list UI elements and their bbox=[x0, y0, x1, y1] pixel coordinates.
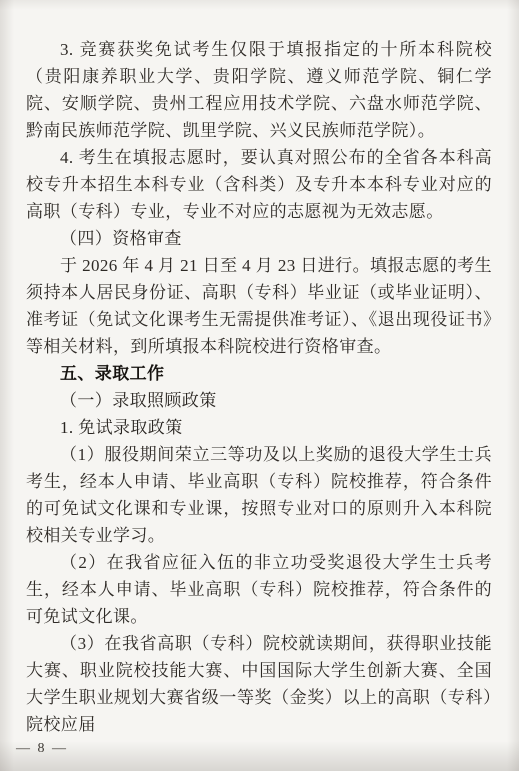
page-number: — 8 — bbox=[16, 741, 68, 757]
subheading-exemption-policy: 1. 免试录取政策 bbox=[26, 414, 492, 441]
paragraph-competition-exemption: 3. 竞赛获奖免试考生仅限于填报指定的十所本科院校（贵阳康养职业大学、贵阳学院、… bbox=[26, 36, 492, 144]
paragraph-skill-competition: （3）在我省高职（专科）院校就读期间，获得职业技能大赛、职业院校技能大赛、中国国… bbox=[26, 630, 492, 738]
paragraph-non-merit-soldiers: （2）在我省应征入伍的非立功受奖退役大学生士兵考生，经本人申请、毕业高职（专科）… bbox=[26, 549, 492, 630]
paragraph-merit-soldiers: （1）服役期间荣立三等功及以上奖励的退役大学生士兵考生，经本人申请、毕业高职（专… bbox=[26, 441, 492, 549]
subheading-admission-policy: （一）录取照顾政策 bbox=[26, 387, 492, 414]
subheading-qualification-review: （四）资格审查 bbox=[26, 225, 492, 252]
paragraph-application-matching: 4. 考生在填报志愿时，要认真对照公布的全省各本科高校专升本招生本科专业（含科类… bbox=[26, 144, 492, 225]
section-heading-admission-work: 五、录取工作 bbox=[26, 360, 492, 387]
document-page: 3. 竞赛获奖免试考生仅限于填报指定的十所本科院校（贵阳康养职业大学、贵阳学院、… bbox=[0, 0, 519, 771]
paragraph-review-dates: 于 2026 年 4 月 21 日至 4 月 23 日进行。填报志愿的考生须持本… bbox=[26, 252, 492, 360]
document-body: 3. 竞赛获奖免试考生仅限于填报指定的十所本科院校（贵阳康养职业大学、贵阳学院、… bbox=[26, 36, 492, 738]
